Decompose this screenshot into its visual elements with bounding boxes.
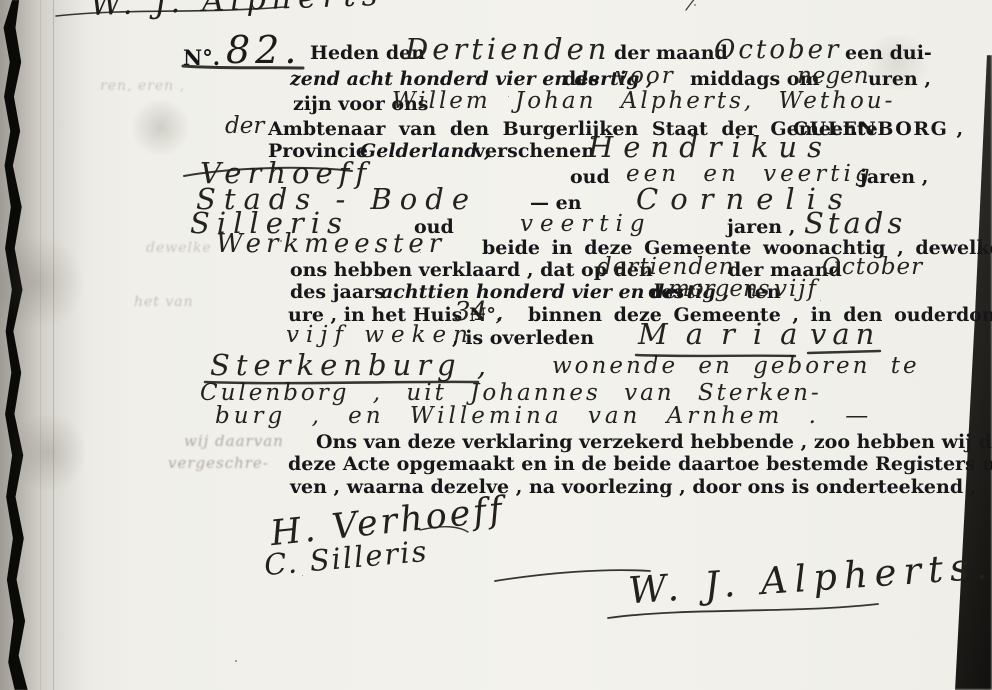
- scanned-death-record-page: W. J. Alpherts N°. 82. Heden den Dertien…: [0, 0, 992, 690]
- handwritten-text: Werkmeester: [216, 229, 446, 259]
- handwritten-name-deceased: Maria: [638, 317, 815, 351]
- printed-text: deze Acte opgemaakt en in de beide daart…: [288, 453, 992, 475]
- handwritten-text: der: [225, 113, 264, 139]
- handwritten-text: Willem Johan Alpherts, Wethou-: [392, 88, 895, 114]
- handwritten-text: vijf weken: [286, 322, 475, 348]
- handwritten-text: vijf: [774, 276, 818, 302]
- paper-speck: [235, 660, 237, 662]
- handwritten-text: Stads: [804, 206, 906, 240]
- handwritten-text: October: [714, 35, 841, 65]
- printed-text: een dui-: [845, 42, 932, 64]
- printed-text: der maand: [614, 42, 728, 64]
- printed-text: oud: [570, 166, 610, 188]
- official-signature-alpherts: W. J. Alpherts..: [627, 543, 992, 613]
- printed-text: Gelderland ,: [360, 140, 491, 162]
- printed-text: jaren ,: [860, 166, 928, 188]
- printed-text: , is overleden: [452, 327, 594, 349]
- bleedthrough-fragment: het van: [134, 294, 194, 310]
- handwritten-text: Hendrikus: [588, 130, 832, 164]
- printed-text: des: [563, 68, 599, 90]
- previous-record-signature: W. J. Alpherts: [89, 0, 384, 23]
- handwritten-text: negen: [797, 63, 869, 89]
- handwritten-text: voor: [615, 63, 675, 89]
- handwritten-name-deceased: Sterkenburg ,: [210, 348, 492, 382]
- handwritten-text: wonende en geboren te: [552, 353, 920, 379]
- printed-text: uren ,: [868, 68, 931, 90]
- printed-text: Ons van deze verklaring verzekerd hebben…: [316, 431, 992, 453]
- bleedthrough-fragment: wij daarvan: [184, 432, 284, 450]
- bleedthrough-fragment: ren, eren ,: [100, 78, 185, 94]
- handwritten-name-deceased: van: [810, 317, 880, 351]
- handwritten-text: October: [822, 254, 923, 280]
- printed-text: ven , waarna dezelve , na voorlezing , d…: [290, 476, 976, 498]
- printed-text: verschenen: [474, 140, 595, 162]
- paper-speck: [694, 4, 696, 6]
- bleedthrough-fragment: vergeschre-: [168, 454, 269, 472]
- handwritten-text: Dertienden: [405, 32, 610, 66]
- printed-text: jaren ,: [727, 216, 795, 238]
- handwritten-text: veertig: [520, 211, 652, 237]
- printed-text: des jaars: [290, 281, 385, 303]
- bleedthrough-fragment: dewelke: [146, 240, 212, 256]
- handwritten-text: burg , en Willemina van Arnhem . —: [215, 403, 872, 429]
